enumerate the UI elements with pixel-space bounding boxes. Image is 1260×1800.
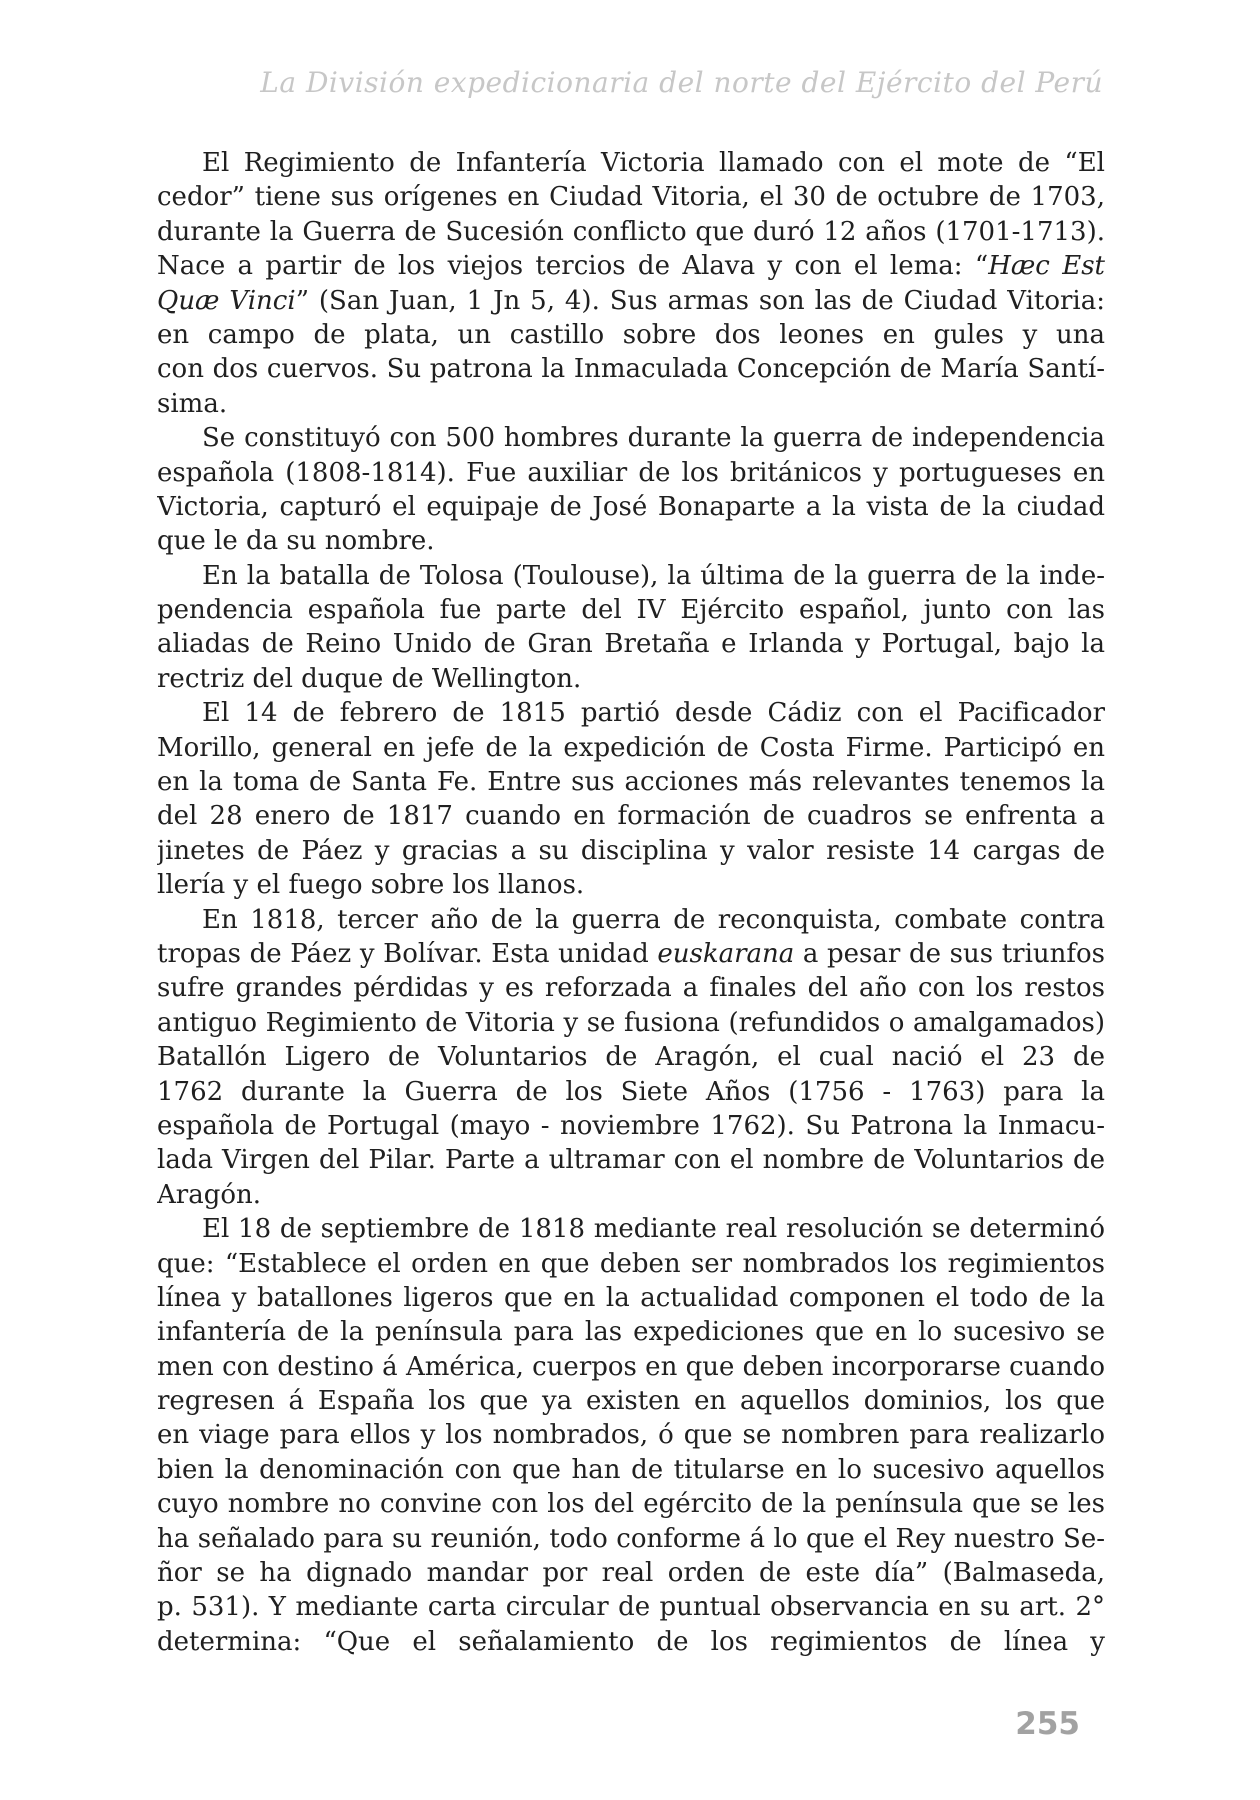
text-line: Morillo, general en jefe de la expedició…: [157, 731, 1105, 765]
text-line: española (1808-1814). Fue auxiliar de lo…: [157, 456, 1105, 490]
paragraph: Se constituyó con 500 hombres durante la…: [157, 421, 1105, 559]
page-number: 255: [1015, 1706, 1080, 1742]
text-line: en campo de plata, un castillo sobre dos…: [157, 318, 1105, 352]
text-line: Nace a partir de los viejos tercios de A…: [157, 249, 1105, 283]
text-line: del 28 enero de 1817 cuando en formación…: [157, 799, 1105, 833]
text-line: lada Virgen del Pilar. Parte a ultramar …: [157, 1143, 1105, 1177]
running-head-title: La División expedicionaria del norte del…: [153, 66, 1103, 99]
text-line: con dos cuervos. Su patrona la Inmaculad…: [157, 352, 1105, 386]
text-line: En 1818, tercer año de la guerra de reco…: [157, 903, 1105, 937]
text-line: pendencia española fue parte del IV Ejér…: [157, 593, 1105, 627]
text-line: en viage para ellos y los nombrados, ó q…: [157, 1418, 1105, 1452]
text-block: El Regimiento de Infantería Victoria lla…: [157, 146, 1105, 1659]
text-line: Se constituyó con 500 hombres durante la…: [157, 421, 1105, 455]
text-line: que: “Establece el orden en que deben se…: [157, 1247, 1105, 1281]
text-line: El 18 de septiembre de 1818 mediante rea…: [157, 1212, 1105, 1246]
text-line: aliadas de Reino Unido de Gran Bretaña e…: [157, 627, 1105, 661]
text-line: bien la denominación con que han de titu…: [157, 1453, 1105, 1487]
text-line: durante la Guerra de Sucesión conflicto …: [157, 215, 1105, 249]
paragraph: En 1818, tercer año de la guerra de reco…: [157, 903, 1105, 1213]
text-line: española de Portugal (mayo - noviembre 1…: [157, 1109, 1105, 1143]
text-line: Batallón Ligero de Voluntarios de Aragón…: [157, 1040, 1105, 1074]
text-line: En la batalla de Tolosa (Toulouse), la ú…: [157, 559, 1105, 593]
book-page: La División expedicionaria del norte del…: [0, 0, 1260, 1800]
text-line: sima.: [157, 387, 1105, 421]
paragraph: El Regimiento de Infantería Victoria lla…: [157, 146, 1105, 421]
text-line: línea y batallones ligeros que en la act…: [157, 1281, 1105, 1315]
text-line: cuyo nombre no convine con los del egérc…: [157, 1487, 1105, 1521]
text-line: 1762 durante la Guerra de los Siete Años…: [157, 1075, 1105, 1109]
paragraph: En la batalla de Tolosa (Toulouse), la ú…: [157, 559, 1105, 697]
paragraph: El 14 de febrero de 1815 partió desde Cá…: [157, 696, 1105, 902]
text-line: en la toma de Santa Fe. Entre sus accion…: [157, 765, 1105, 799]
text-line: que le da su nombre.: [157, 524, 1105, 558]
paragraph: El 18 de septiembre de 1818 mediante rea…: [157, 1212, 1105, 1659]
text-line: El 14 de febrero de 1815 partió desde Cá…: [157, 696, 1105, 730]
text-line: Quæ Vinci” (San Juan, 1 Jn 5, 4). Sus ar…: [157, 284, 1105, 318]
text-line: tropas de Páez y Bolívar. Esta unidad eu…: [157, 937, 1105, 971]
text-line: antiguo Regimiento de Vitoria y se fusio…: [157, 1006, 1105, 1040]
text-line: p. 531). Y mediante carta circular de pu…: [157, 1590, 1105, 1624]
text-line: cedor” tiene sus orígenes en Ciudad Vito…: [157, 180, 1105, 214]
text-line: men con destino á América, cuerpos en qu…: [157, 1350, 1105, 1384]
text-line: ñor se ha dignado mandar por real orden …: [157, 1556, 1105, 1590]
text-line: El Regimiento de Infantería Victoria lla…: [157, 146, 1105, 180]
text-line: regresen á España los que ya existen en …: [157, 1384, 1105, 1418]
text-line: llería y el fuego sobre los llanos.: [157, 868, 1105, 902]
text-line: sufre grandes pérdidas y es reforzada a …: [157, 971, 1105, 1005]
text-line: Victoria, capturó el equipaje de José Bo…: [157, 490, 1105, 524]
text-line: ha señalado para su reunión, todo confor…: [157, 1522, 1105, 1556]
text-line: Aragón.: [157, 1178, 1105, 1212]
text-line: rectriz del duque de Wellington.: [157, 662, 1105, 696]
text-line: jinetes de Páez y gracias a su disciplin…: [157, 834, 1105, 868]
text-line: infantería de la península para las expe…: [157, 1315, 1105, 1349]
text-line: determina: “Que el señalamiento de los r…: [157, 1625, 1105, 1659]
